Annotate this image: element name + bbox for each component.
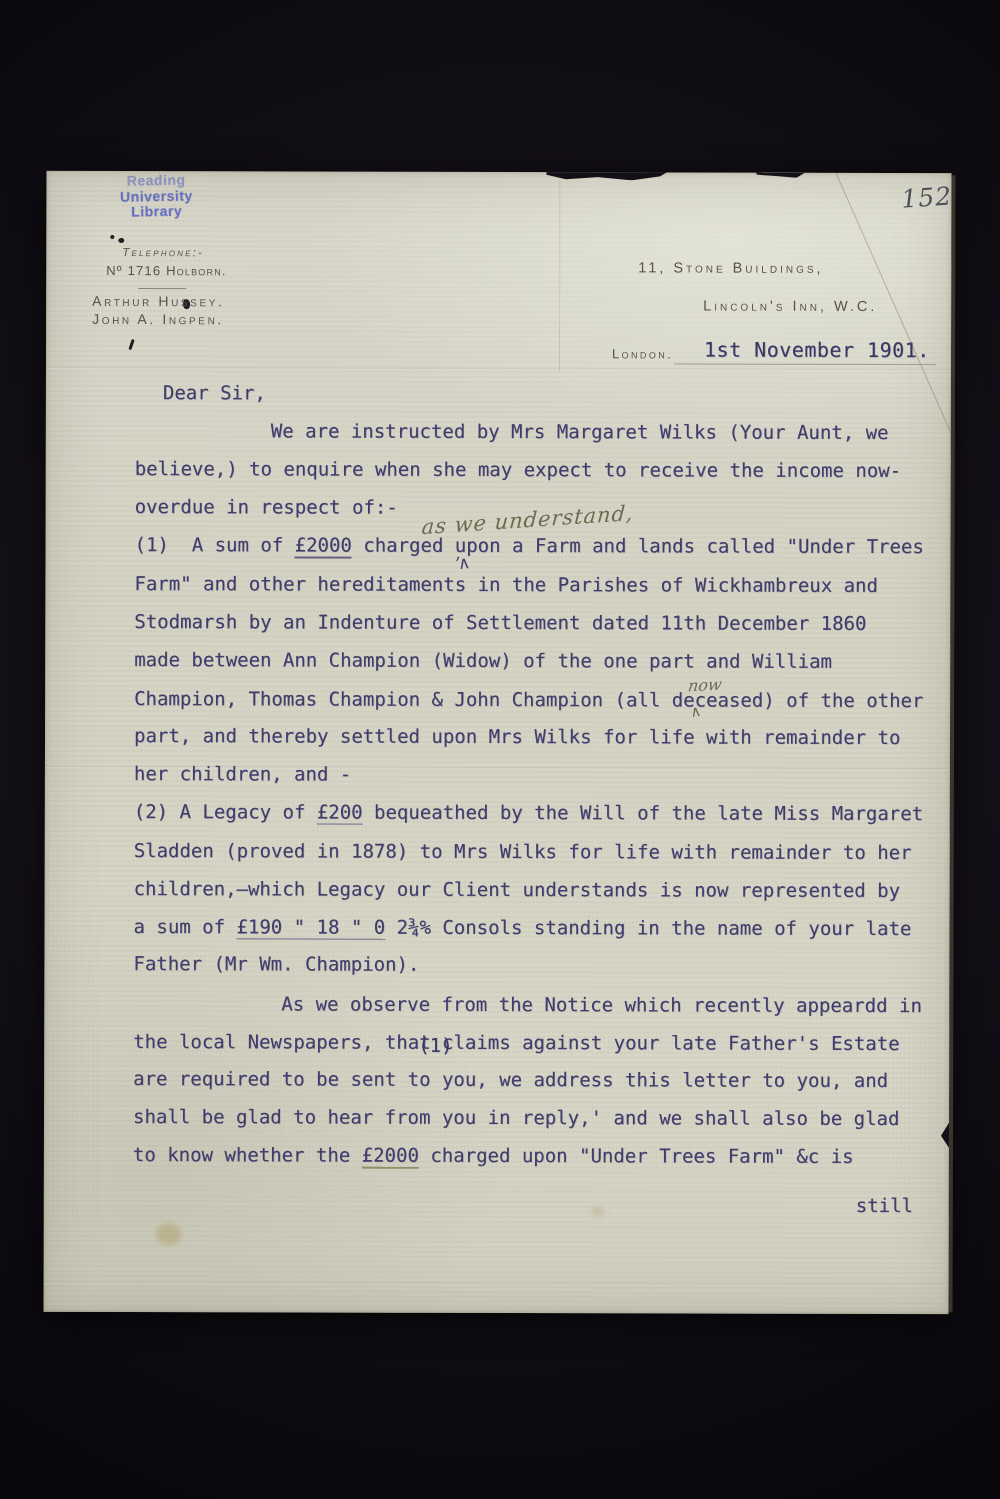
- body-line: (1) A sum of £2000 charged upon a Farm a…: [134, 533, 923, 559]
- body-text: (2) A Legacy of: [134, 801, 317, 823]
- telephone-number: Nº 1716 Holborn.: [106, 263, 227, 278]
- body-text: (1) A sum of: [134, 534, 294, 556]
- body-line: are required to be sent to you, we addre…: [133, 1067, 888, 1093]
- telephone-label: Telephone:-: [122, 247, 204, 259]
- partner-name-1: Arthur Hussey.: [92, 293, 224, 309]
- date-rule: [674, 363, 936, 365]
- letter-body: Dear Sir, We are instructed by Mrs Marga…: [135, 381, 952, 383]
- letterhead-rule: [138, 288, 186, 289]
- body-line: shall be glad to hear from you in reply,…: [133, 1105, 899, 1131]
- salutation: Dear Sir,: [163, 381, 266, 405]
- amount-underlined: £190 " 18 " 0: [236, 916, 385, 939]
- paper-crease: [44, 1189, 949, 1193]
- body-line: part, and thereby settled upon Mrs Wilks…: [134, 724, 900, 750]
- folio-number: 152: [901, 181, 952, 213]
- body-line: As we observe from the Notice which rece…: [281, 992, 922, 1018]
- amount-underlined: £200: [317, 802, 363, 825]
- amount-underlined: £2000: [362, 1145, 419, 1169]
- body-line: (2) A Legacy of £200 bequeathed by the W…: [134, 800, 923, 826]
- body-line: Father (Mr Wm. Champion).: [133, 952, 419, 977]
- body-text: a sum of: [133, 916, 236, 938]
- body-line: the local Newspapers, that claims agains…: [133, 1030, 899, 1056]
- library-stamp: Reading University Library: [96, 172, 217, 221]
- address-line-1: 11, Stone Buildings,: [638, 260, 823, 276]
- torn-edge-notch: [941, 1121, 950, 1149]
- body-line: children,–which Legacy our Client unders…: [134, 877, 900, 903]
- stamp-line: Library: [97, 203, 217, 221]
- body-line: made between Ann Champion (Widow) of the…: [134, 648, 832, 674]
- amount-underlined: £2000: [295, 534, 352, 558]
- paper-crease: [44, 1282, 949, 1286]
- body-line: Sladden (proved in 1878) to Mrs Wilks fo…: [134, 839, 912, 865]
- ink-speck: [118, 238, 124, 243]
- body-line: Champion, Thomas Champion & John Champio…: [134, 687, 923, 713]
- body-line: a sum of £190 " 18 " 0 2¾% Consols stand…: [133, 915, 911, 941]
- body-line: Stodmarsh by an Indenture of Settlement …: [134, 610, 866, 636]
- body-line: believe,) to enquire when she may expect…: [135, 457, 901, 483]
- body-line: We are instructed by Mrs Margaret Wilks …: [271, 419, 889, 445]
- body-text: charged upon "Under Trees Farm" &c is: [419, 1145, 854, 1168]
- ink-speck: [128, 339, 134, 350]
- paper-crease: [559, 172, 561, 372]
- body-text: 2¾% Consols standing in the name of your…: [385, 917, 911, 940]
- body-line: her children, and -: [134, 762, 351, 787]
- page-number: (1): [418, 1035, 452, 1057]
- ink-speck: [110, 235, 114, 239]
- torn-edge-notch: [546, 171, 668, 180]
- body-line: to know whether the £2000 charged upon "…: [133, 1143, 854, 1169]
- body-text: to know whether the: [133, 1144, 362, 1167]
- letter-page: Reading University Library 152 Telephone…: [44, 171, 952, 1314]
- place-label: London.: [612, 346, 673, 361]
- partner-name-2: John A. Ingpen.: [92, 311, 224, 327]
- stamp-line: Reading: [96, 172, 216, 190]
- typed-date: 1st November 1901.: [704, 338, 930, 363]
- body-line: Farm" and other hereditaments in the Par…: [134, 572, 878, 598]
- address-line-2: Lincoln's Inn, W.C.: [703, 299, 877, 315]
- body-text: Champion, Thomas Champion & John Champio…: [134, 688, 660, 711]
- body-line: overdue in respect of:-: [135, 495, 398, 520]
- photo-background: { "folio": { "number": "152" }, "stamp":…: [0, 0, 1000, 1499]
- body-text: bequeathed by the Will of the late Miss …: [363, 802, 924, 825]
- paper-crease: [46, 367, 951, 371]
- catchword: still: [856, 1194, 913, 1218]
- paper-stain: [592, 1206, 604, 1216]
- torn-edge-notch: [756, 172, 806, 178]
- body-text: deceased) of the other: [660, 689, 923, 712]
- body-text: charged upon a Farm and lands called "Un…: [352, 535, 924, 558]
- paper-stain: [156, 1223, 182, 1245]
